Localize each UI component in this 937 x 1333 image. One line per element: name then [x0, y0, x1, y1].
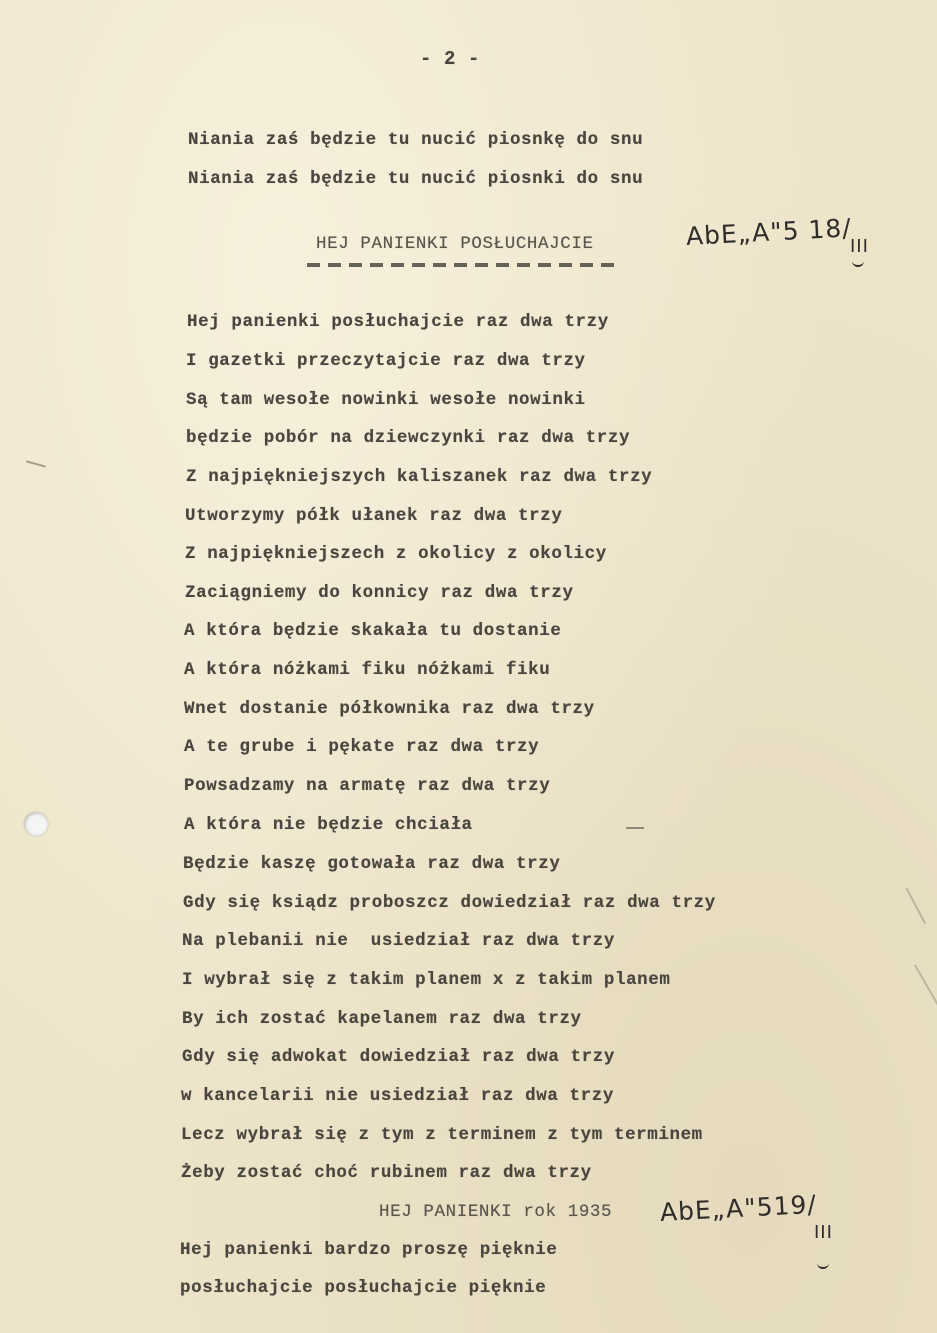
pencil-dash [626, 827, 644, 829]
song-line: posłuchajcie posłuchajcie pięknie [180, 1278, 546, 1298]
page-number: - 2 - [0, 48, 900, 70]
song-line: będzie pobór na dziewczynki raz dwa trzy [186, 428, 630, 448]
song-title: HEJ PANIENKI rok 1935 [379, 1202, 612, 1222]
archive-signature-note: AbE„A"5 18/ [685, 213, 852, 251]
handwritten-mark [852, 258, 864, 267]
handwritten-mark [817, 1260, 829, 1269]
song-line: A która nie będzie chciała [184, 815, 473, 835]
song-line: Hej panienki bardzo proszę pięknie [180, 1240, 557, 1260]
song-line: w kancelarii nie usiedział raz dwa trzy [181, 1086, 614, 1106]
song-line: Hej panienki posłuchajcie raz dwa trzy [187, 312, 609, 332]
song-line: A która będzie skakała tu dostanie [184, 621, 561, 641]
song-line: Gdy się adwokat dowiedział raz dwa trzy [182, 1047, 615, 1067]
punch-hole [24, 812, 48, 836]
song-line: Będzie kaszę gotowała raz dwa trzy [183, 854, 560, 874]
song-line: I gazetki przeczytajcie raz dwa trzy [186, 351, 586, 371]
song-line: Wnet dostanie półkownika raz dwa trzy [184, 699, 595, 719]
archive-signature-note: AbE„A"519/ [659, 1190, 817, 1227]
archive-signature-suffix: III [850, 236, 869, 257]
song-line: A te grube i pękate raz dwa trzy [184, 737, 539, 757]
pencil-mark [26, 460, 46, 467]
song-line: Na plebanii nie usiedział raz dwa trzy [182, 931, 615, 951]
song-line: Z najpiękniejszech z okolicy z okolicy [185, 544, 607, 564]
song-line: By ich zostać kapelanem raz dwa trzy [182, 1009, 582, 1029]
song-line: Z najpiękniejszych kaliszanek raz dwa tr… [186, 467, 652, 487]
song-title: HEJ PANIENKI POSŁUCHAJCIE [316, 234, 594, 254]
song-line: Żeby zostać choć rubinem raz dwa trzy [181, 1163, 592, 1183]
typewritten-page: - 2 - Niania zaś będzie tu nucić piosnkę… [0, 0, 937, 1333]
pencil-mark [906, 888, 926, 924]
title-underline [307, 263, 619, 267]
archive-signature-suffix: III [814, 1222, 833, 1243]
song-line: I wybrał się z takim planem x z takim pl… [182, 970, 670, 990]
song-line: Gdy się ksiądz proboszcz dowiedział raz … [183, 893, 716, 913]
pencil-mark [914, 964, 937, 1017]
song-line: Są tam wesołe nowinki wesołe nowinki [186, 390, 586, 410]
intro-line: Niania zaś będzie tu nucić piosnkę do sn… [188, 130, 643, 150]
song-line: Lecz wybrał się z tym z terminem z tym t… [181, 1125, 703, 1145]
song-line: Zaciągniemy do konnicy raz dwa trzy [185, 583, 574, 603]
song-line: Utworzymy półk ułanek raz dwa trzy [185, 506, 562, 526]
song-line: A która nóżkami fiku nóżkami fiku [184, 660, 550, 680]
intro-line: Niania zaś będzie tu nucić piosnki do sn… [188, 169, 643, 189]
song-line: Powsadzamy na armatę raz dwa trzy [184, 776, 550, 796]
